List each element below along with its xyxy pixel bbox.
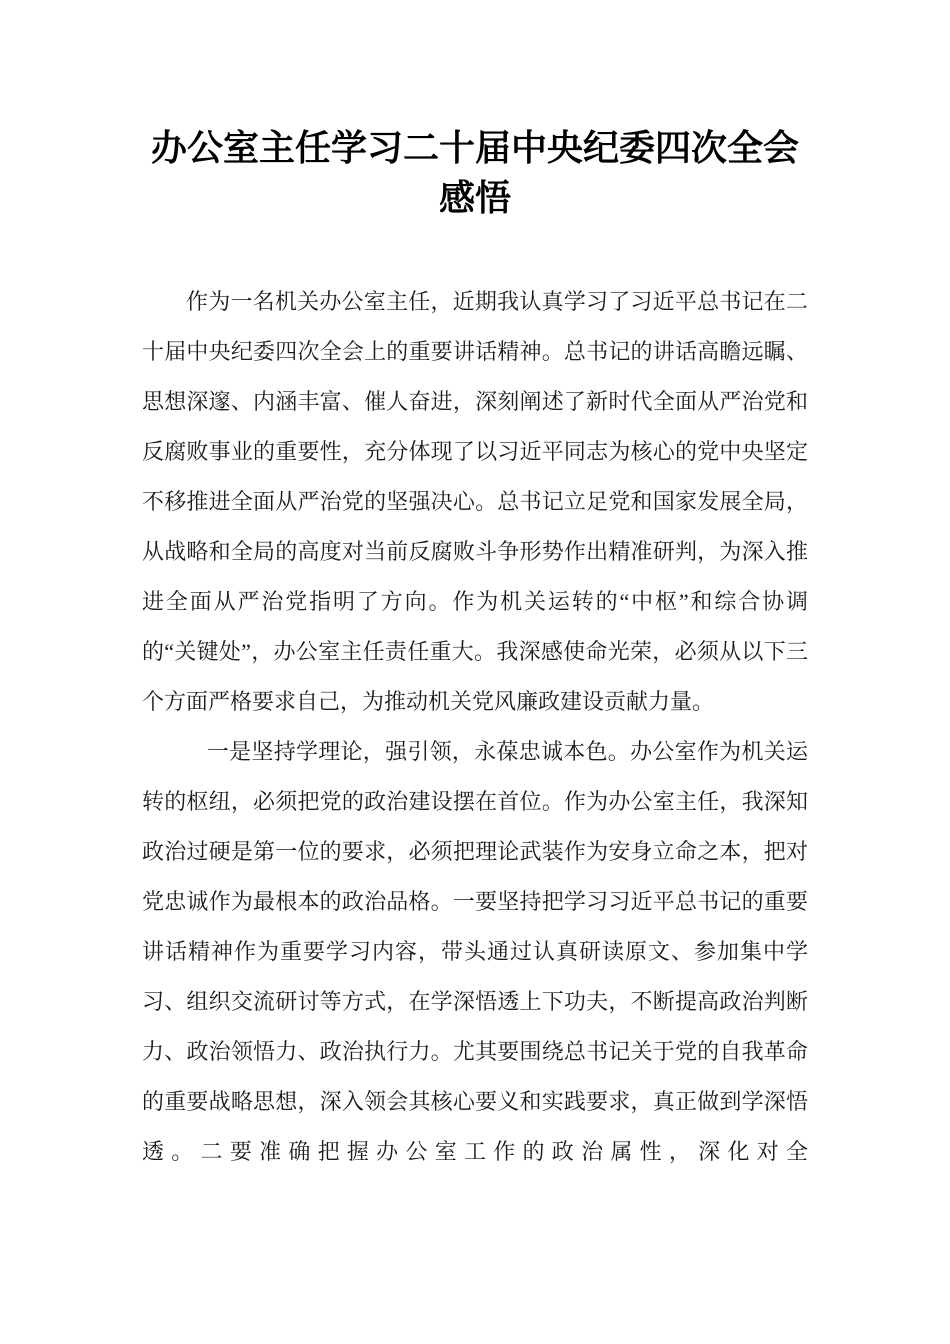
document-body: 作为一名机关办公室主任，近期我认真学习了习近平总书记在二十届中央纪委四次全会上的… xyxy=(142,277,808,1177)
document-page: 办公室主任学习二十届中央纪委四次全会感悟 作为一名机关办公室主任，近期我认真学习… xyxy=(0,0,950,1344)
paragraph-intro: 作为一名机关办公室主任，近期我认真学习了习近平总书记在二十届中央纪委四次全会上的… xyxy=(142,277,808,727)
document-title: 办公室主任学习二十届中央纪委四次全会感悟 xyxy=(142,123,808,223)
paragraph-point-one: 一是坚持学理论，强引领，永葆忠诚本色。办公室作为机关运转的枢纽，必须把党的政治建… xyxy=(142,727,808,1177)
